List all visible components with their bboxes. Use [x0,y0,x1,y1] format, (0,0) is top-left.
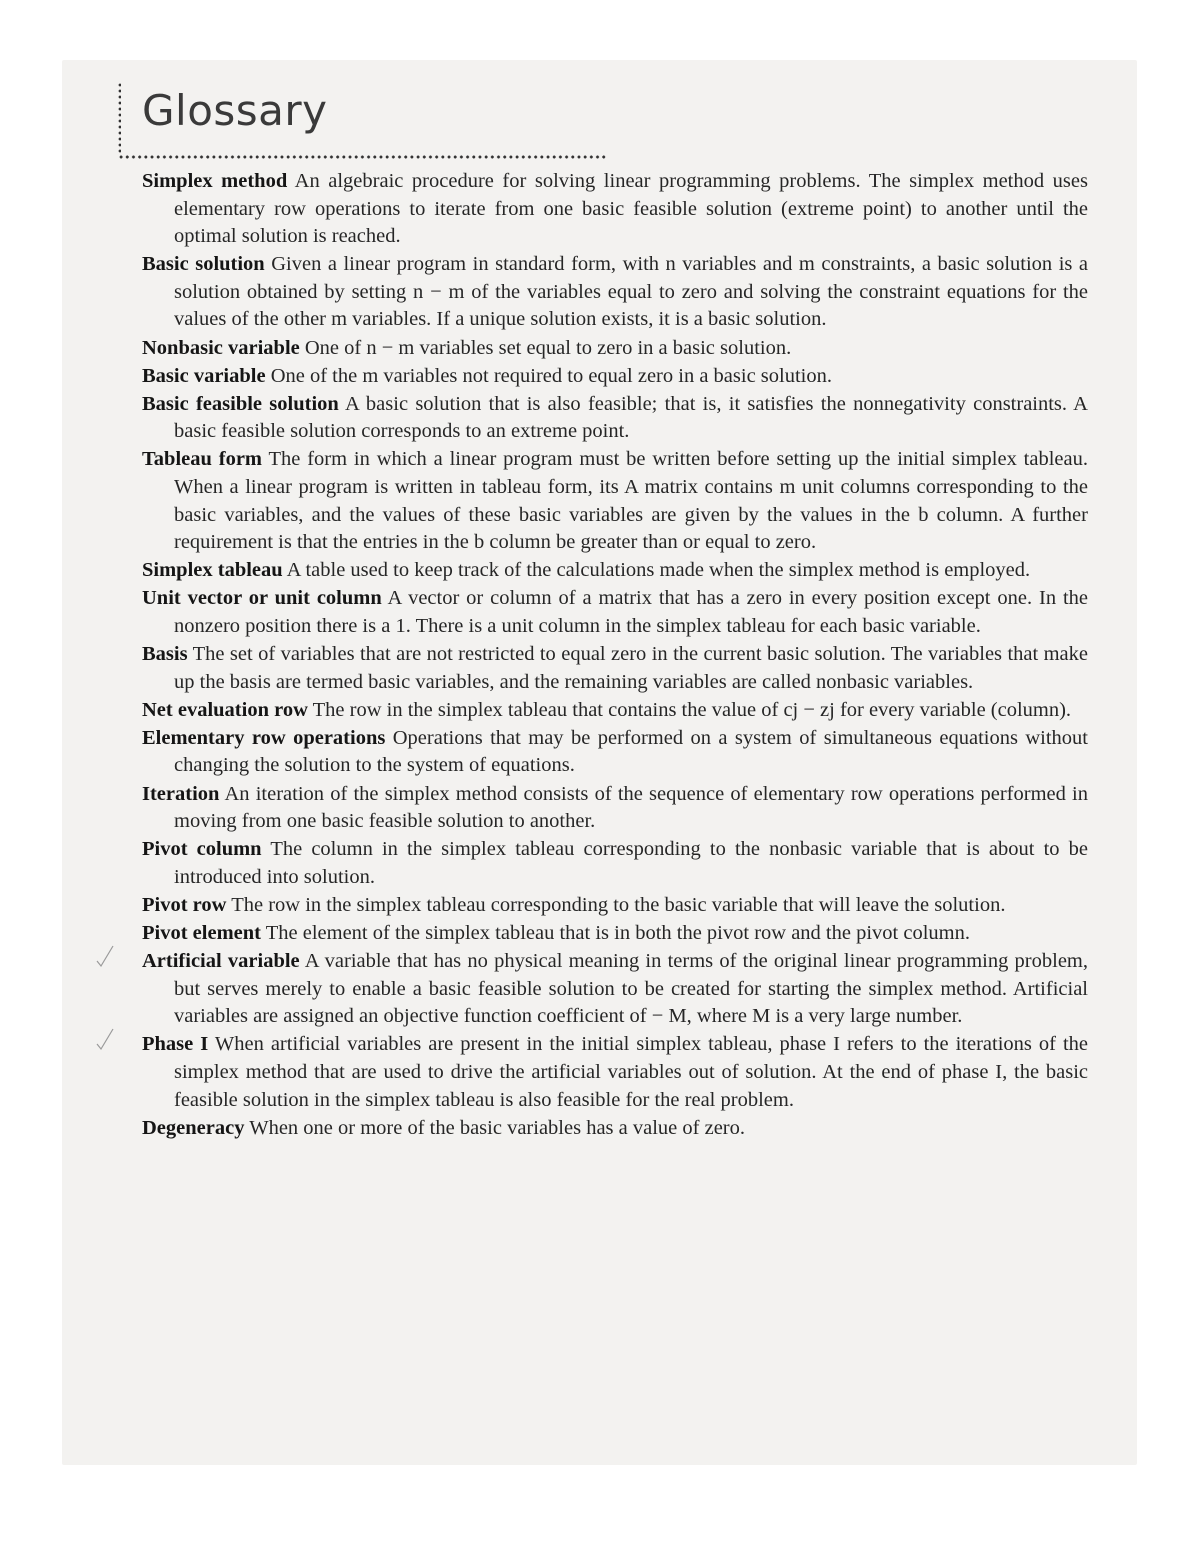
glossary-term: Simplex method [142,170,287,192]
glossary-header: Glossary [118,82,608,160]
glossary-entry-phase-i: Phase I When artificial variables are pr… [142,1031,1088,1114]
dotted-border-vertical [118,82,121,154]
page-title: Glossary [142,82,328,140]
glossary-entry-iteration: Iteration An iteration of the simplex me… [142,781,1088,836]
glossary-term: Net evaluation row [142,699,308,721]
glossary-list: Simplex method An algebraic procedure fo… [142,168,1088,1143]
glossary-term: Nonbasic variable [142,337,300,359]
glossary-definition: One of n − m variables set equal to zero… [305,337,791,359]
glossary-entry-basis: Basis The set of variables that are not … [142,641,1088,696]
glossary-term: Tableau form [142,448,262,470]
glossary-entry-simplex-tableau: Simplex tableau A table used to keep tra… [142,557,1088,585]
glossary-definition: When artificial variables are present in… [174,1033,1088,1110]
glossary-entry-unit-vector: Unit vector or unit column A vector or c… [142,585,1088,640]
glossary-entry-degeneracy: Degeneracy When one or more of the basic… [142,1115,1088,1143]
glossary-entry-basic-feasible-solution: Basic feasible solution A basic solution… [142,391,1088,446]
glossary-term: Pivot element [142,922,261,944]
glossary-definition: The column in the simplex tableau corres… [174,838,1088,888]
glossary-entry-pivot-column: Pivot column The column in the simplex t… [142,836,1088,891]
glossary-definition: A variable that has no physical meaning … [174,950,1088,1027]
glossary-entry-artificial-variable: Artificial variable A variable that has … [142,948,1088,1031]
glossary-entry-pivot-element: Pivot element The element of the simplex… [142,920,1088,948]
glossary-entry-basic-solution: Basic solution Given a linear program in… [142,251,1088,334]
glossary-term: Degeneracy [142,1117,244,1139]
glossary-term: Basic feasible solution [142,393,339,415]
glossary-entry-pivot-row: Pivot row The row in the simplex tableau… [142,892,1088,920]
glossary-entry-elementary-row-operations: Elementary row operations Operations tha… [142,725,1088,780]
glossary-term: Phase I [142,1033,208,1055]
glossary-term: Iteration [142,783,219,805]
pencil-checkmark-icon [96,1027,114,1051]
glossary-term: Unit vector or unit column [142,587,382,609]
glossary-definition: Given a linear program in standard form,… [174,253,1088,330]
glossary-term: Pivot column [142,838,262,860]
glossary-term: Basic solution [142,253,265,275]
glossary-definition: One of the m variables not required to e… [271,365,832,387]
glossary-entry-net-evaluation-row: Net evaluation row The row in the simple… [142,697,1088,725]
glossary-definition: The form in which a linear program must … [174,448,1088,553]
glossary-term: Artificial variable [142,950,300,972]
glossary-definition: A table used to keep track of the calcul… [287,559,1031,581]
glossary-entry-tableau-form: Tableau form The form in which a linear … [142,446,1088,556]
glossary-definition: When one or more of the basic variables … [249,1117,745,1139]
glossary-entry-simplex-method: Simplex method An algebraic procedure fo… [142,168,1088,251]
glossary-term: Basic variable [142,365,266,387]
glossary-definition: An iteration of the simplex method consi… [174,783,1088,833]
glossary-definition: The element of the simplex tableau that … [266,922,970,944]
glossary-entry-nonbasic-variable: Nonbasic variable One of n − m variables… [142,335,1088,363]
glossary-term: Basis [142,643,188,665]
glossary-definition: An algebraic procedure for solving linea… [174,170,1088,247]
glossary-definition: The row in the simplex tableau that cont… [313,699,1071,721]
glossary-entry-basic-variable: Basic variable One of the m variables no… [142,363,1088,391]
dotted-border-horizontal [118,154,608,160]
glossary-term: Pivot row [142,894,226,916]
pencil-checkmark-icon [96,944,114,968]
glossary-term: Elementary row operations [142,727,385,749]
glossary-definition: The row in the simplex tableau correspon… [231,894,1005,916]
glossary-definition: The set of variables that are not restri… [174,643,1088,693]
glossary-term: Simplex tableau [142,559,283,581]
